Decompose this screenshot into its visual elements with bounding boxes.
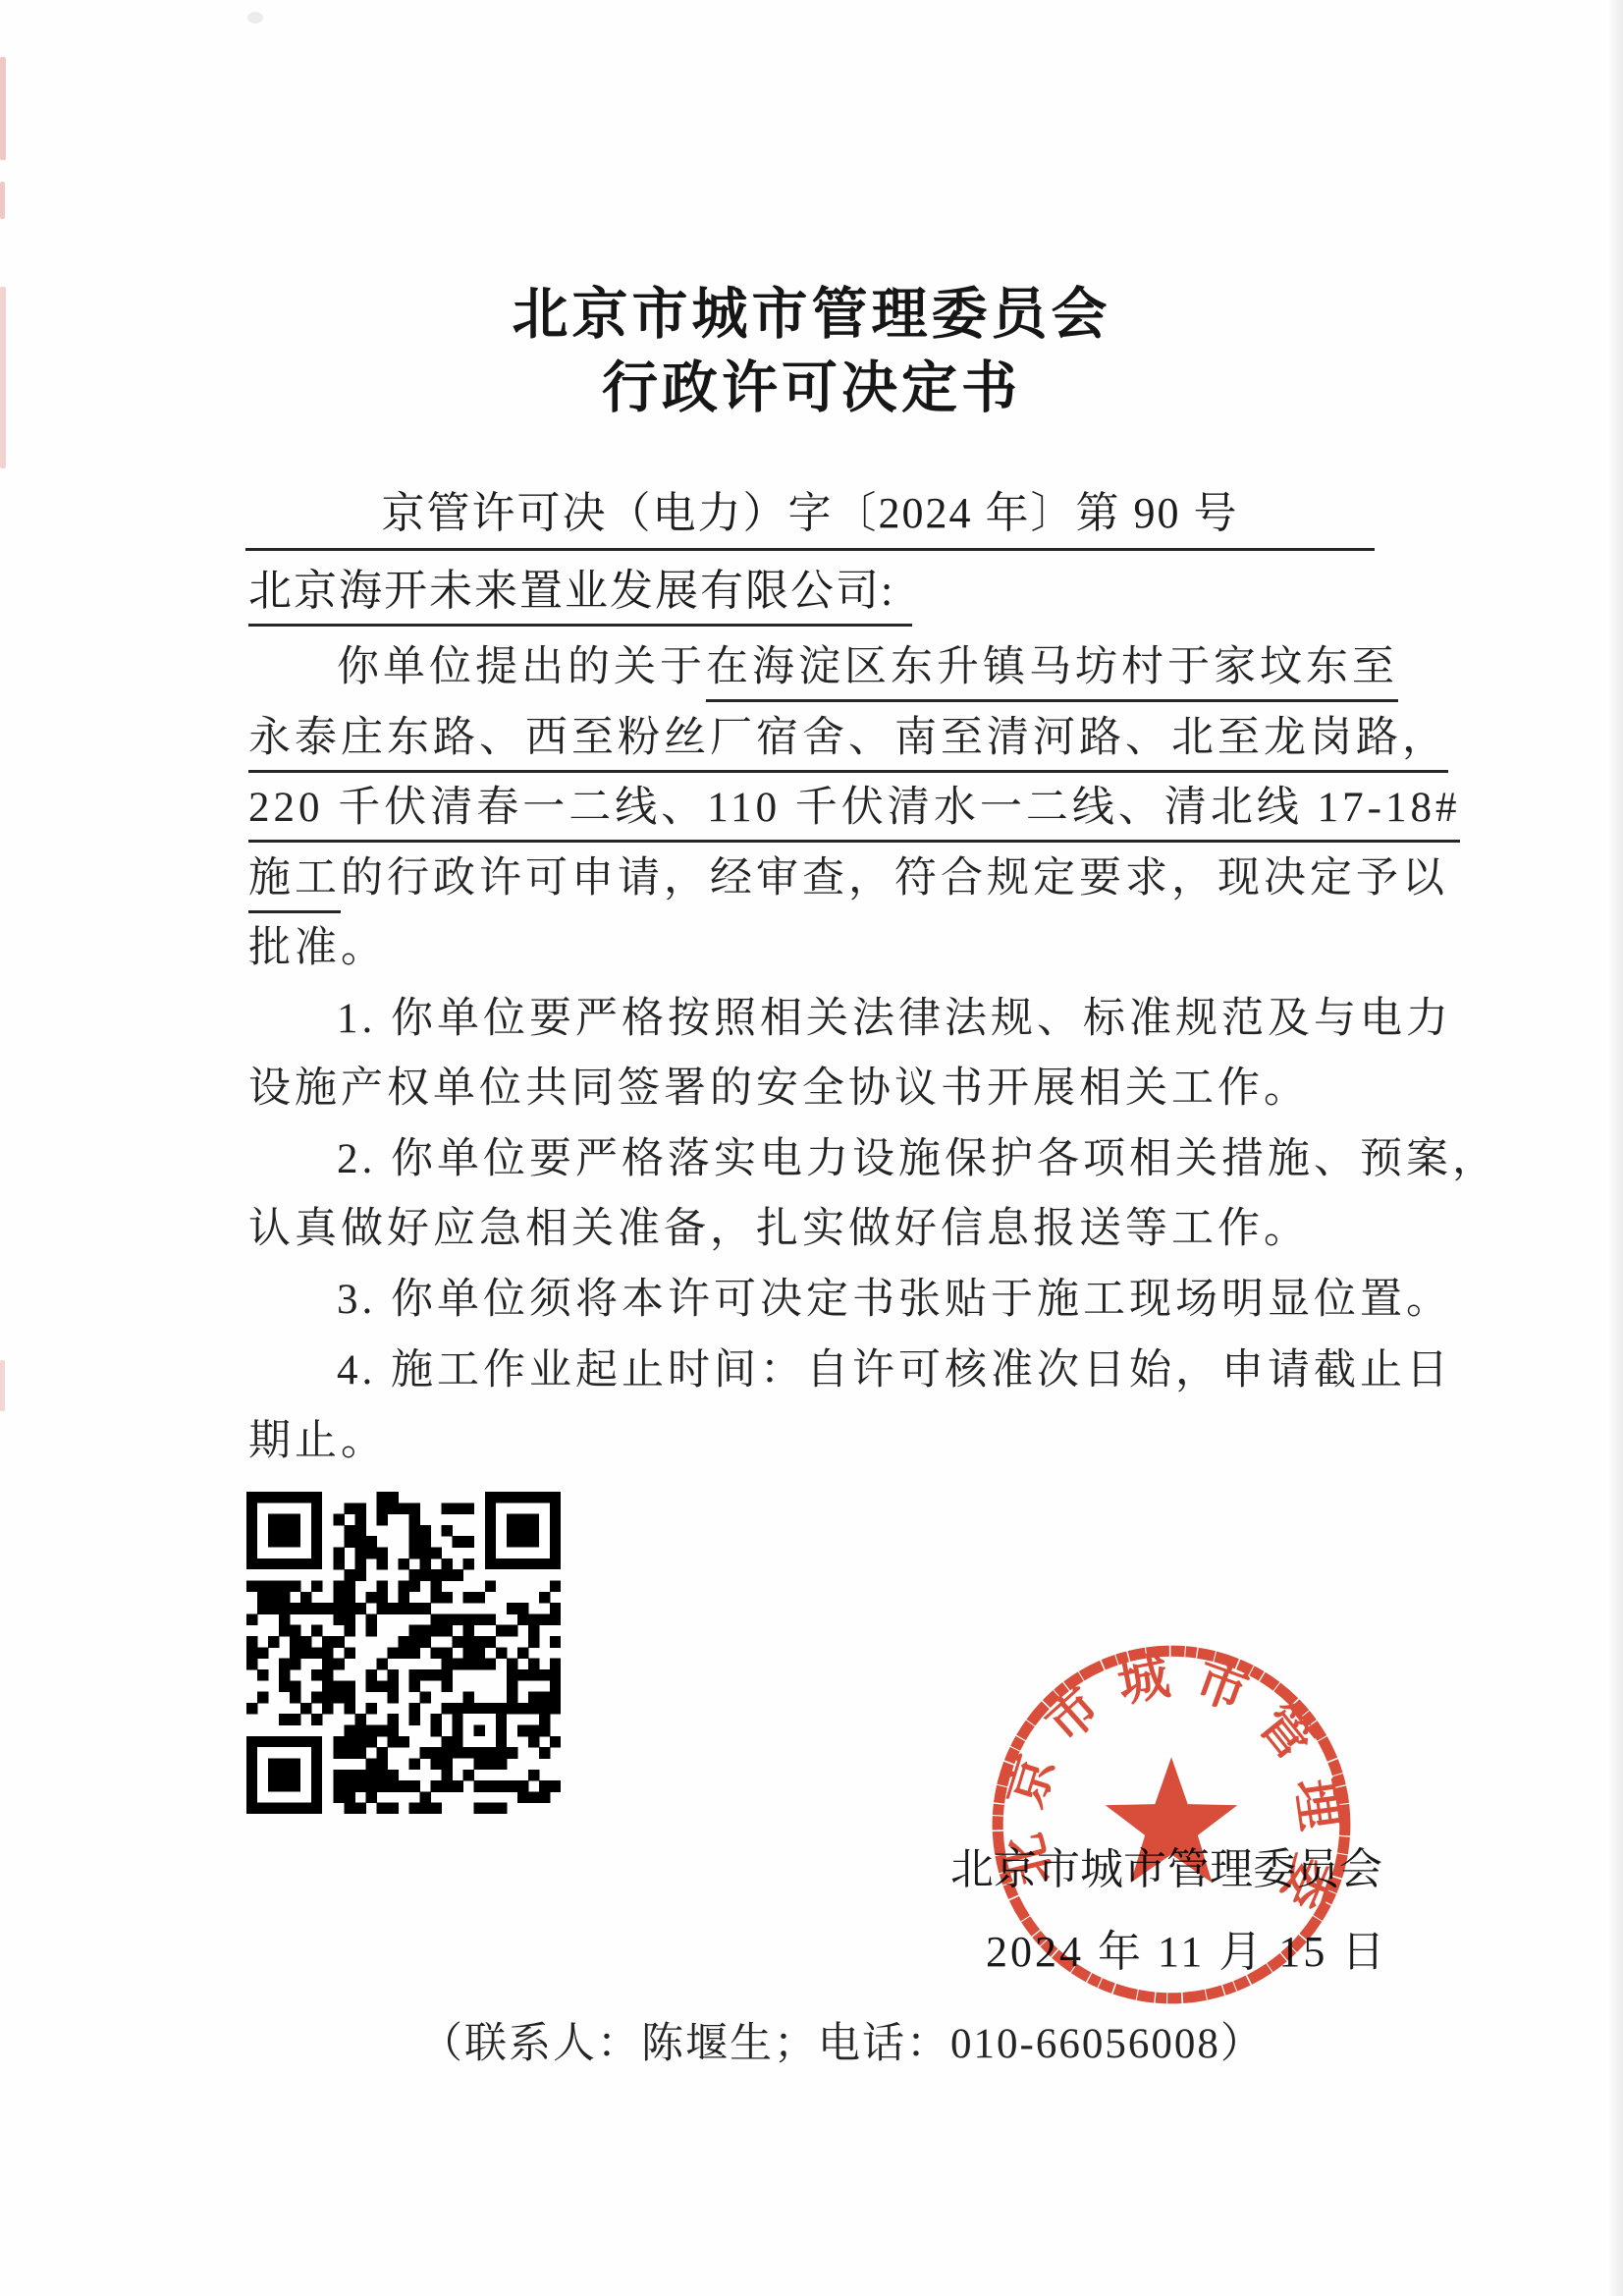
item4-line2: 期止。 xyxy=(248,1417,1387,1465)
document-title-line2: 行政许可决定书 xyxy=(0,356,1623,421)
item1-line1: 1. 你单位要严格按照相关法律法规、标准规范及与电力 xyxy=(248,995,1476,1043)
para1-line1: 你单位提出的关于在海淀区东升镇马坊村于家坟东至 xyxy=(248,643,1476,691)
para1-location-part1: 在海淀区东升镇马坊村于家坟东至 xyxy=(706,644,1398,702)
para1-line4-rest: 的行政许可申请，经审查，符合规定要求，现决定予以 xyxy=(341,855,1448,902)
item2-line2: 认真做好应急相关准备，扎实做好信息报送等工作。 xyxy=(248,1205,1387,1253)
doc-number-line: 京管许可决（电力）字〔2024 年〕第 90 号 xyxy=(245,489,1375,551)
item4-line1: 4. 施工作业起止时间：自许可核准次日始，申请截止日 xyxy=(248,1346,1476,1394)
para1-line5: 批准。 xyxy=(248,924,1387,972)
para1-line2: 永泰庄东路、西至粉丝厂宿舍、南至清河路、北至龙岗路， xyxy=(248,714,1387,762)
official-seal: 北京市城市管理委员会 xyxy=(983,1636,1360,2013)
para1-shigong: 施工 xyxy=(248,855,341,913)
scan-speck xyxy=(247,12,263,24)
doc-number-text: 京管许可决（电力）字〔2024 年〕第 90 号 xyxy=(382,489,1239,537)
para1-location-part3: 220 千伏清春一二线、110 千伏清水一二线、清北线 17-18# xyxy=(248,785,1460,843)
document-title-line1: 北京市城市管理委员会 xyxy=(0,283,1623,348)
para1-line3: 220 千伏清春一二线、110 千伏清水一二线、清北线 17-18# xyxy=(248,784,1387,832)
item2-line1: 2. 你单位要严格落实电力设施保护各项相关措施、预案， xyxy=(248,1135,1476,1183)
item1-line2: 设施产权单位共同签署的安全协议书开展相关工作。 xyxy=(248,1065,1387,1113)
para1-line4: 施工的行政许可申请，经审查，符合规定要求，现决定予以 xyxy=(248,854,1387,902)
addressee-text: 北京海开未来置业发展有限公司: xyxy=(248,567,912,627)
scan-artifact xyxy=(0,57,6,160)
scan-artifact xyxy=(0,182,5,219)
scanned-document-page: 北京市城市管理委员会 行政许可决定书 京管许可决（电力）字〔2024 年〕第 9… xyxy=(0,0,1623,2296)
para1-lead: 你单位提出的关于 xyxy=(337,644,706,690)
para1-location-part2: 永泰庄东路、西至粉丝厂宿舍、南至清河路、北至龙岗路， xyxy=(248,715,1448,773)
addressee-line: 北京海开未来置业发展有限公司: xyxy=(248,567,912,617)
item3-line: 3. 你单位须将本许可决定书张贴于施工现场明显位置。 xyxy=(248,1276,1476,1324)
contact-line: （联系人：陈堰生；电话：010-66056008） xyxy=(420,2020,1265,2068)
qr-code xyxy=(246,1492,561,1814)
seal-star xyxy=(1106,1757,1238,1883)
scan-artifact xyxy=(0,1360,5,1411)
